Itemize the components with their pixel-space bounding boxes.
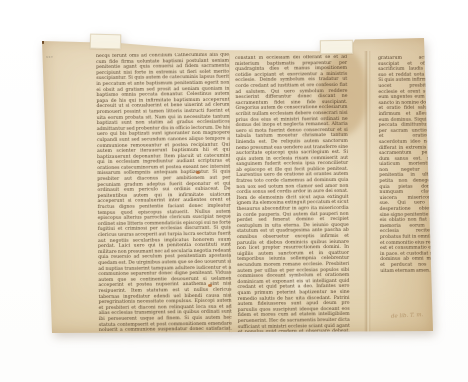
tape-repair-left	[90, 34, 121, 50]
manuscript-leaf: necqs ferunt oms ad concilium Cathecumin…	[42, 38, 433, 333]
text-column-3-partial: gratiarum actione suscipiat et offerat s…	[378, 55, 438, 282]
wax-speck	[196, 171, 200, 174]
quire-mark: G	[208, 44, 214, 52]
photo-stage: necqs ferunt oms ad concilium Cathecumin…	[0, 0, 468, 382]
fold-crease	[364, 51, 371, 335]
tape-repair-right	[320, 40, 353, 55]
manuscript-leaf-wrapper: necqs ferunt oms ad concilium Cathecumin…	[0, 0, 468, 382]
text-column-2: constant in ecclesiam dei offerant se et…	[235, 55, 350, 335]
text-column-1: necqs ferunt oms ad concilium Cathecumin…	[96, 53, 232, 335]
stitch-mark	[42, 38, 44, 44]
pencil-note: xxv	[46, 55, 53, 59]
wax-speck	[208, 284, 212, 287]
